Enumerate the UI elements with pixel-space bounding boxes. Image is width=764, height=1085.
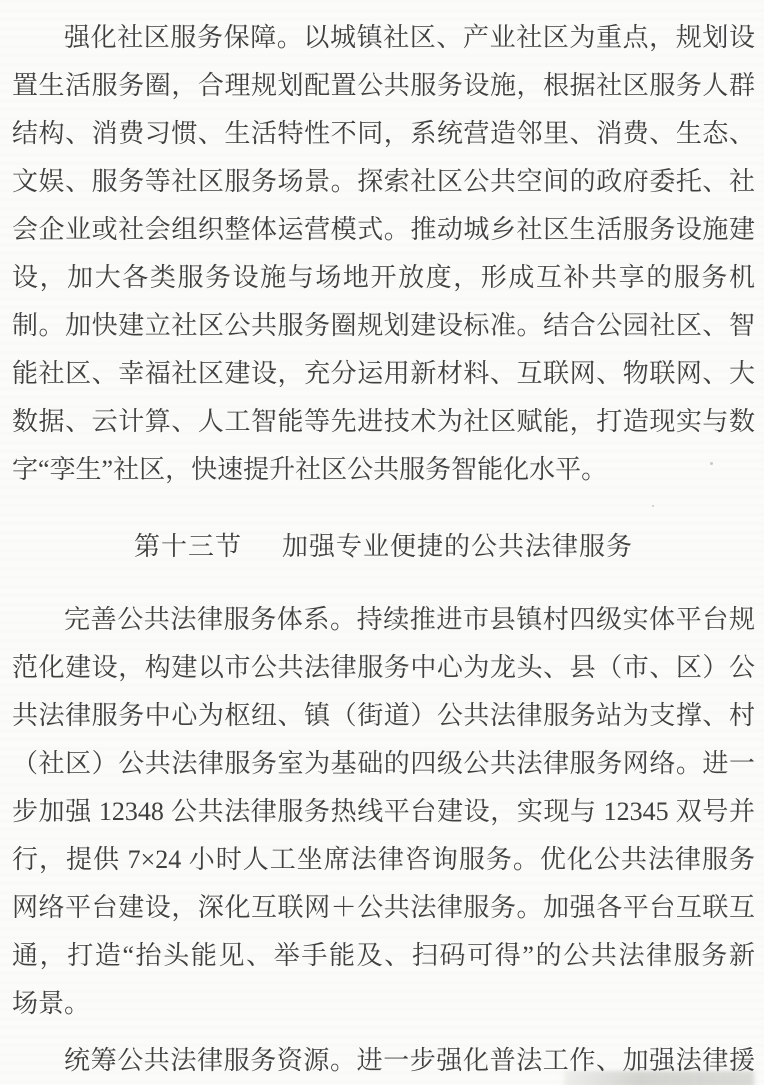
- paragraph-legal-service-system: 完善公共法律服务体系。持续推进市县镇村四级实体平台规 范化建设，构建以市公共法律…: [12, 596, 755, 1028]
- section-title: 加强专业便捷的公共法律服务: [282, 532, 633, 561]
- text-line: 数据、云计算、人工智能等先进技术为社区赋能，打造现实与数: [12, 398, 755, 446]
- text-line: 制。加快建立社区公共服务圈规划建设标准。结合公园社区、智: [12, 302, 755, 350]
- text-line: 字“孪生”社区，快速提升社区公共服务智能化水平。: [12, 446, 755, 494]
- paragraph-legal-resources: 统筹公共法律服务资源。进一步强化普法工作、加强法律援: [12, 1037, 755, 1085]
- text-line: 共法律服务中心为枢纽、镇（街道）公共法律服务站为支撑、村: [12, 692, 755, 740]
- text-line: 能社区、幸福社区建设，充分运用新材料、互联网、物联网、大: [12, 350, 755, 398]
- text-line: 设，加大各类服务设施与场地开放度，形成互补共享的服务机: [12, 254, 755, 302]
- text-line: 网络平台建设，深化互联网＋公共法律服务。加强各平台互联互: [12, 884, 755, 932]
- section-heading: 第十三节加强专业便捷的公共法律服务: [12, 523, 755, 571]
- text-line: 步加强 12348 公共法律服务热线平台建设，实现与 12345 双号并: [12, 788, 755, 836]
- text-line: 完善公共法律服务体系。持续推进市县镇村四级实体平台规: [12, 596, 755, 644]
- text-line: 通，打造“抬头能见、举手能及、扫码可得”的公共法律服务新: [12, 932, 755, 980]
- paragraph-community-services: 强化社区服务保障。以城镇社区、产业社区为重点，规划设 置生活服务圈，合理规划配置…: [12, 14, 755, 494]
- text-line: 置生活服务圈，合理规划配置公共服务设施，根据社区服务人群: [12, 62, 755, 110]
- text-line: 强化社区服务保障。以城镇社区、产业社区为重点，规划设: [12, 14, 755, 62]
- text-line: 行，提供 7×24 小时人工坐席法律咨询服务。优化公共法律服务: [12, 836, 755, 884]
- text-line: 统筹公共法律服务资源。进一步强化普法工作、加强法律援: [12, 1037, 755, 1085]
- text-line: 会企业或社会组织整体运营模式。推动城乡社区生活服务设施建: [12, 206, 755, 254]
- text-line: 范化建设，构建以市公共法律服务中心为龙头、县（市、区）公: [12, 644, 755, 692]
- text-line: 文娱、服务等社区服务场景。探索社区公共空间的政府委托、社: [12, 158, 755, 206]
- section-number: 第十三节: [134, 532, 242, 561]
- text-line: 场景。: [12, 980, 755, 1028]
- text-line: 结构、消费习惯、生活特性不同，系统营造邻里、消费、生态、: [12, 110, 755, 158]
- document-page: { "page": { "background_color": "#fbfbf9…: [0, 0, 764, 1085]
- document-text-block: 强化社区服务保障。以城镇社区、产业社区为重点，规划设 置生活服务圈，合理规划配置…: [0, 0, 764, 1085]
- text-line: （社区）公共法律服务室为基础的四级公共法律服务网络。进一: [12, 740, 755, 788]
